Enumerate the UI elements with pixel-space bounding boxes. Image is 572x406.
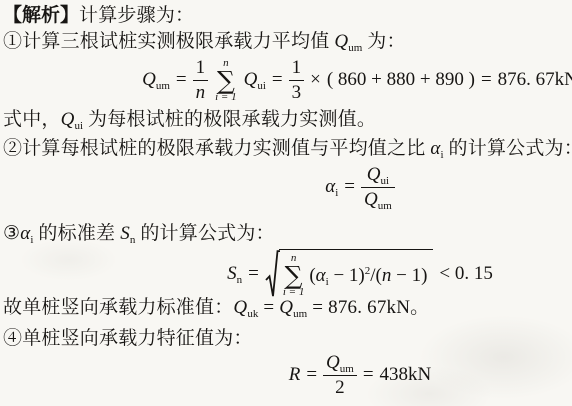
result-value: 438kN [380,364,432,386]
step1-intro-line: ①计算三根试桩实测极限承载力平均值 Qum 为： [3,29,570,55]
var-Q: Q [142,69,156,90]
var-alpha: α [325,176,335,197]
formula-average-capacity: Qum = 1 n n ∑ i = 1 Qui = 1 3 × ( 860 + … [150,57,570,104]
fraction-1-over-n: 1 n [193,57,209,104]
fraction-bar [193,80,209,81]
equals-sign: = [344,176,355,198]
fraction-qui-over-qum: Qui Qum [361,164,395,211]
step4-intro-line: ④单桩竖向承载力特征值为： [3,326,570,352]
qui-term: Qui [244,69,266,91]
step2-suffix: 的计算公式为： [444,138,572,159]
var-n: n [382,265,392,286]
sigma-icon: ∑ [217,69,235,92]
var-Q: Q [367,164,381,185]
multiply-sign: × [310,69,321,91]
var-alpha: α [316,265,326,286]
fraction-bar [323,375,357,376]
summation: n ∑ i = 1 [283,253,304,298]
var-Q: Q [244,69,258,90]
var-R: R [289,364,301,386]
radical-sign-icon [265,249,280,298]
divide-open: /( [370,265,382,286]
sum-lower-limit: i = 1 [215,92,236,103]
var-alpha: α [430,138,440,159]
header-text: 计算步骤为： [79,5,194,26]
sub-i: i [335,187,338,199]
deviation-expression: (αi − 1)2/(n − 1) [309,265,427,287]
sub-ui: ui [380,175,389,187]
qui-definition-line: 式中，Qui 为每根试桩的极限承载力实测值。 [3,107,570,133]
sub-ui: ui [257,80,266,92]
formula-standard-deviation: Sn = n ∑ i = 1 (αi − 1)2/(n − 1) < 0. 15 [150,249,570,298]
analysis-tag: 【解析】 [3,5,79,26]
fraction-bar [361,187,395,188]
fraction-qum-over-2: Qum 2 [323,352,357,399]
step2-intro-line: ②计算每根试桩的极限承载力实测值与平均值之比 αi 的计算公式为： [3,136,570,162]
sigma-icon: ∑ [285,264,303,287]
sub-um: um [293,308,307,320]
var-alpha: α [20,223,30,244]
comparison-limit: < 0. 15 [439,263,492,285]
step1-suffix: 为： [362,31,405,52]
sub-uk: uk [247,308,258,320]
denominator: 3 [289,82,305,104]
step3-suffix: 的计算公式为： [135,223,274,244]
numerator: Qum [323,352,357,374]
numerator: Qui [364,164,392,186]
sn-term: Sn [227,263,242,285]
note-post: 为每根试桩的极限承载力实测值。 [83,109,376,130]
var-Q: Q [364,189,378,210]
step4-text: ④单桩竖向承载力特征值为： [3,328,253,349]
var-Q: Q [326,352,340,373]
equals-sign: = [248,263,259,285]
var-S: S [120,223,130,244]
equals-sign: = [176,69,187,91]
step3-pre: ③ [3,223,20,244]
step2-text: ②计算每根试桩的极限承载力实测值与平均值之比 [3,138,430,159]
equals-sign: = [312,297,323,318]
fraction-1-over-3: 1 3 [289,57,305,104]
step1-text: ①计算三根试桩实测极限承载力平均值 [3,31,334,52]
scanned-solution-page: 【解析】计算步骤为： ①计算三根试桩实测极限承载力平均值 Qum 为： Qum … [0,0,572,406]
alpha-term: αi [325,176,338,198]
numerator: 1 [193,57,209,79]
qum-term: Qum [142,69,170,91]
var-Q: Q [61,109,75,130]
var-Q: Q [334,31,348,52]
square-root: n ∑ i = 1 (αi − 1)2/(n − 1) [265,249,434,298]
var-Q-sub: um [348,42,362,54]
standard-pre: 故单桩竖向承载力标准值： [3,297,233,318]
var-Q: Q [233,297,247,318]
note-pre: 式中， [3,109,61,130]
var-Q: Q [279,297,293,318]
fraction-bar [289,80,305,81]
step3-intro-line: ③αi 的标准差 Sn 的计算公式为： [3,221,570,247]
denominator: 2 [332,377,348,399]
radicand: n ∑ i = 1 (αi − 1)2/(n − 1) [279,249,434,298]
equals-sign: = [272,69,283,91]
equals-sign: = [363,364,374,386]
equals-sign: = [263,297,274,318]
equals-sign: = [481,69,492,91]
sum-group: ( 860 + 880 + 890 ) [327,69,475,91]
sub-n: n [237,274,243,286]
close-paren: − 1) [391,265,427,286]
minus-one: − 1) [329,265,365,286]
sub-um: um [378,200,392,212]
formula-characteristic-value: R = Qum 2 = 438kN [150,352,570,399]
standard-value-line: 故单桩竖向承载力标准值：Quk=Qum=876. 67kN。 [3,295,570,321]
result-value: 876. 67kN [498,69,572,91]
formula-alpha-ratio: αi = Qui Qum [150,164,570,211]
step3-mid: 的标准差 [33,223,120,244]
var-S: S [227,263,237,284]
sub-ui: ui [75,120,84,132]
solution-header-line: 【解析】计算步骤为： [3,3,570,29]
var-n: n [196,82,206,103]
numerator: 1 [289,57,305,79]
sub-um: um [340,363,354,375]
summation: n ∑ i = 1 [215,58,236,103]
denominator: Qum [361,189,395,211]
denominator: n [193,82,209,104]
standard-value: 876. 67kN。 [328,297,429,318]
sub-um: um [156,80,170,92]
equals-sign: = [306,364,317,386]
